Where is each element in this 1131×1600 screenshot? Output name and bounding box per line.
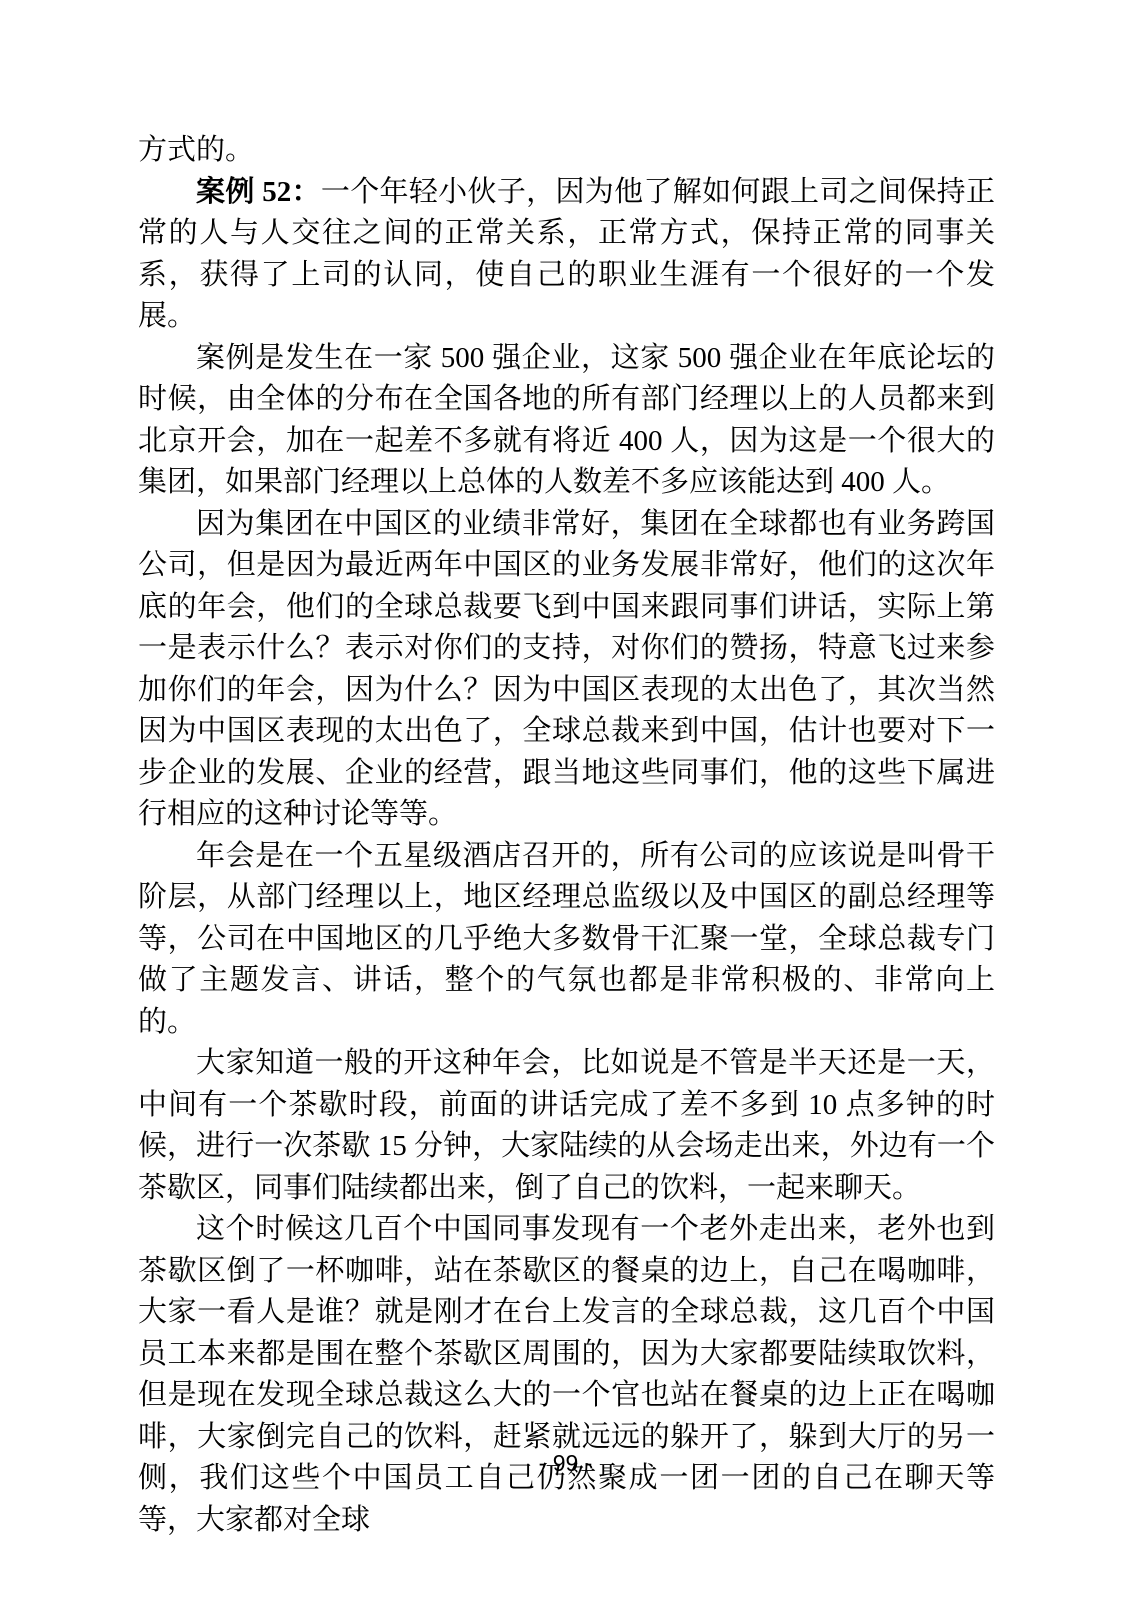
- paragraph: 因为集团在中国区的业绩非常好，集团在全球都也有业务跨国公司，但是因为最近两年中国…: [138, 504, 995, 836]
- paragraph-text: 大家知道一般的开这种年会，比如说是不管是半天还是一天，中间有一个茶歇时段，前面的…: [138, 1047, 995, 1204]
- paragraph-text: 因为集团在中国区的业绩非常好，集团在全球都也有业务跨国公司，但是因为最近两年中国…: [138, 508, 995, 831]
- document-page: 方式的。案例 52：一个年轻小伙子，因为他了解如何跟上司之间保持正常的人与人交往…: [0, 0, 1131, 1600]
- paragraph: 年会是在一个五星级酒店召开的，所有公司的应该说是叫骨干阶层，从部门经理以上，地区…: [138, 836, 995, 1044]
- case-number-label: 案例 52：: [196, 176, 321, 208]
- paragraph-text: 年会是在一个五星级酒店召开的，所有公司的应该说是叫骨干阶层，从部门经理以上，地区…: [138, 840, 995, 1038]
- paragraph-text: 方式的。: [138, 134, 254, 166]
- paragraph-text: 这个时候这几百个中国同事发现有一个老外走出来，老外也到茶歇区倒了一杯咖啡，站在茶…: [138, 1213, 995, 1536]
- paragraph-text: 案例是发生在一家 500 强企业，这家 500 强企业在年底论坛的时候，由全体的…: [138, 342, 995, 499]
- paragraph: 方式的。: [138, 130, 995, 172]
- paragraph: 大家知道一般的开这种年会，比如说是不管是半天还是一天，中间有一个茶歇时段，前面的…: [138, 1043, 995, 1209]
- paragraph: 这个时候这几百个中国同事发现有一个老外走出来，老外也到茶歇区倒了一杯咖啡，站在茶…: [138, 1209, 995, 1541]
- page-number: - 99 -: [539, 1450, 593, 1476]
- page-footer: - 99 -: [0, 1450, 1131, 1477]
- paragraph: 案例是发生在一家 500 强企业，这家 500 强企业在年底论坛的时候，由全体的…: [138, 338, 995, 504]
- document-body: 方式的。案例 52：一个年轻小伙子，因为他了解如何跟上司之间保持正常的人与人交往…: [138, 130, 995, 1541]
- paragraph: 案例 52：一个年轻小伙子，因为他了解如何跟上司之间保持正常的人与人交往之间的正…: [138, 172, 995, 338]
